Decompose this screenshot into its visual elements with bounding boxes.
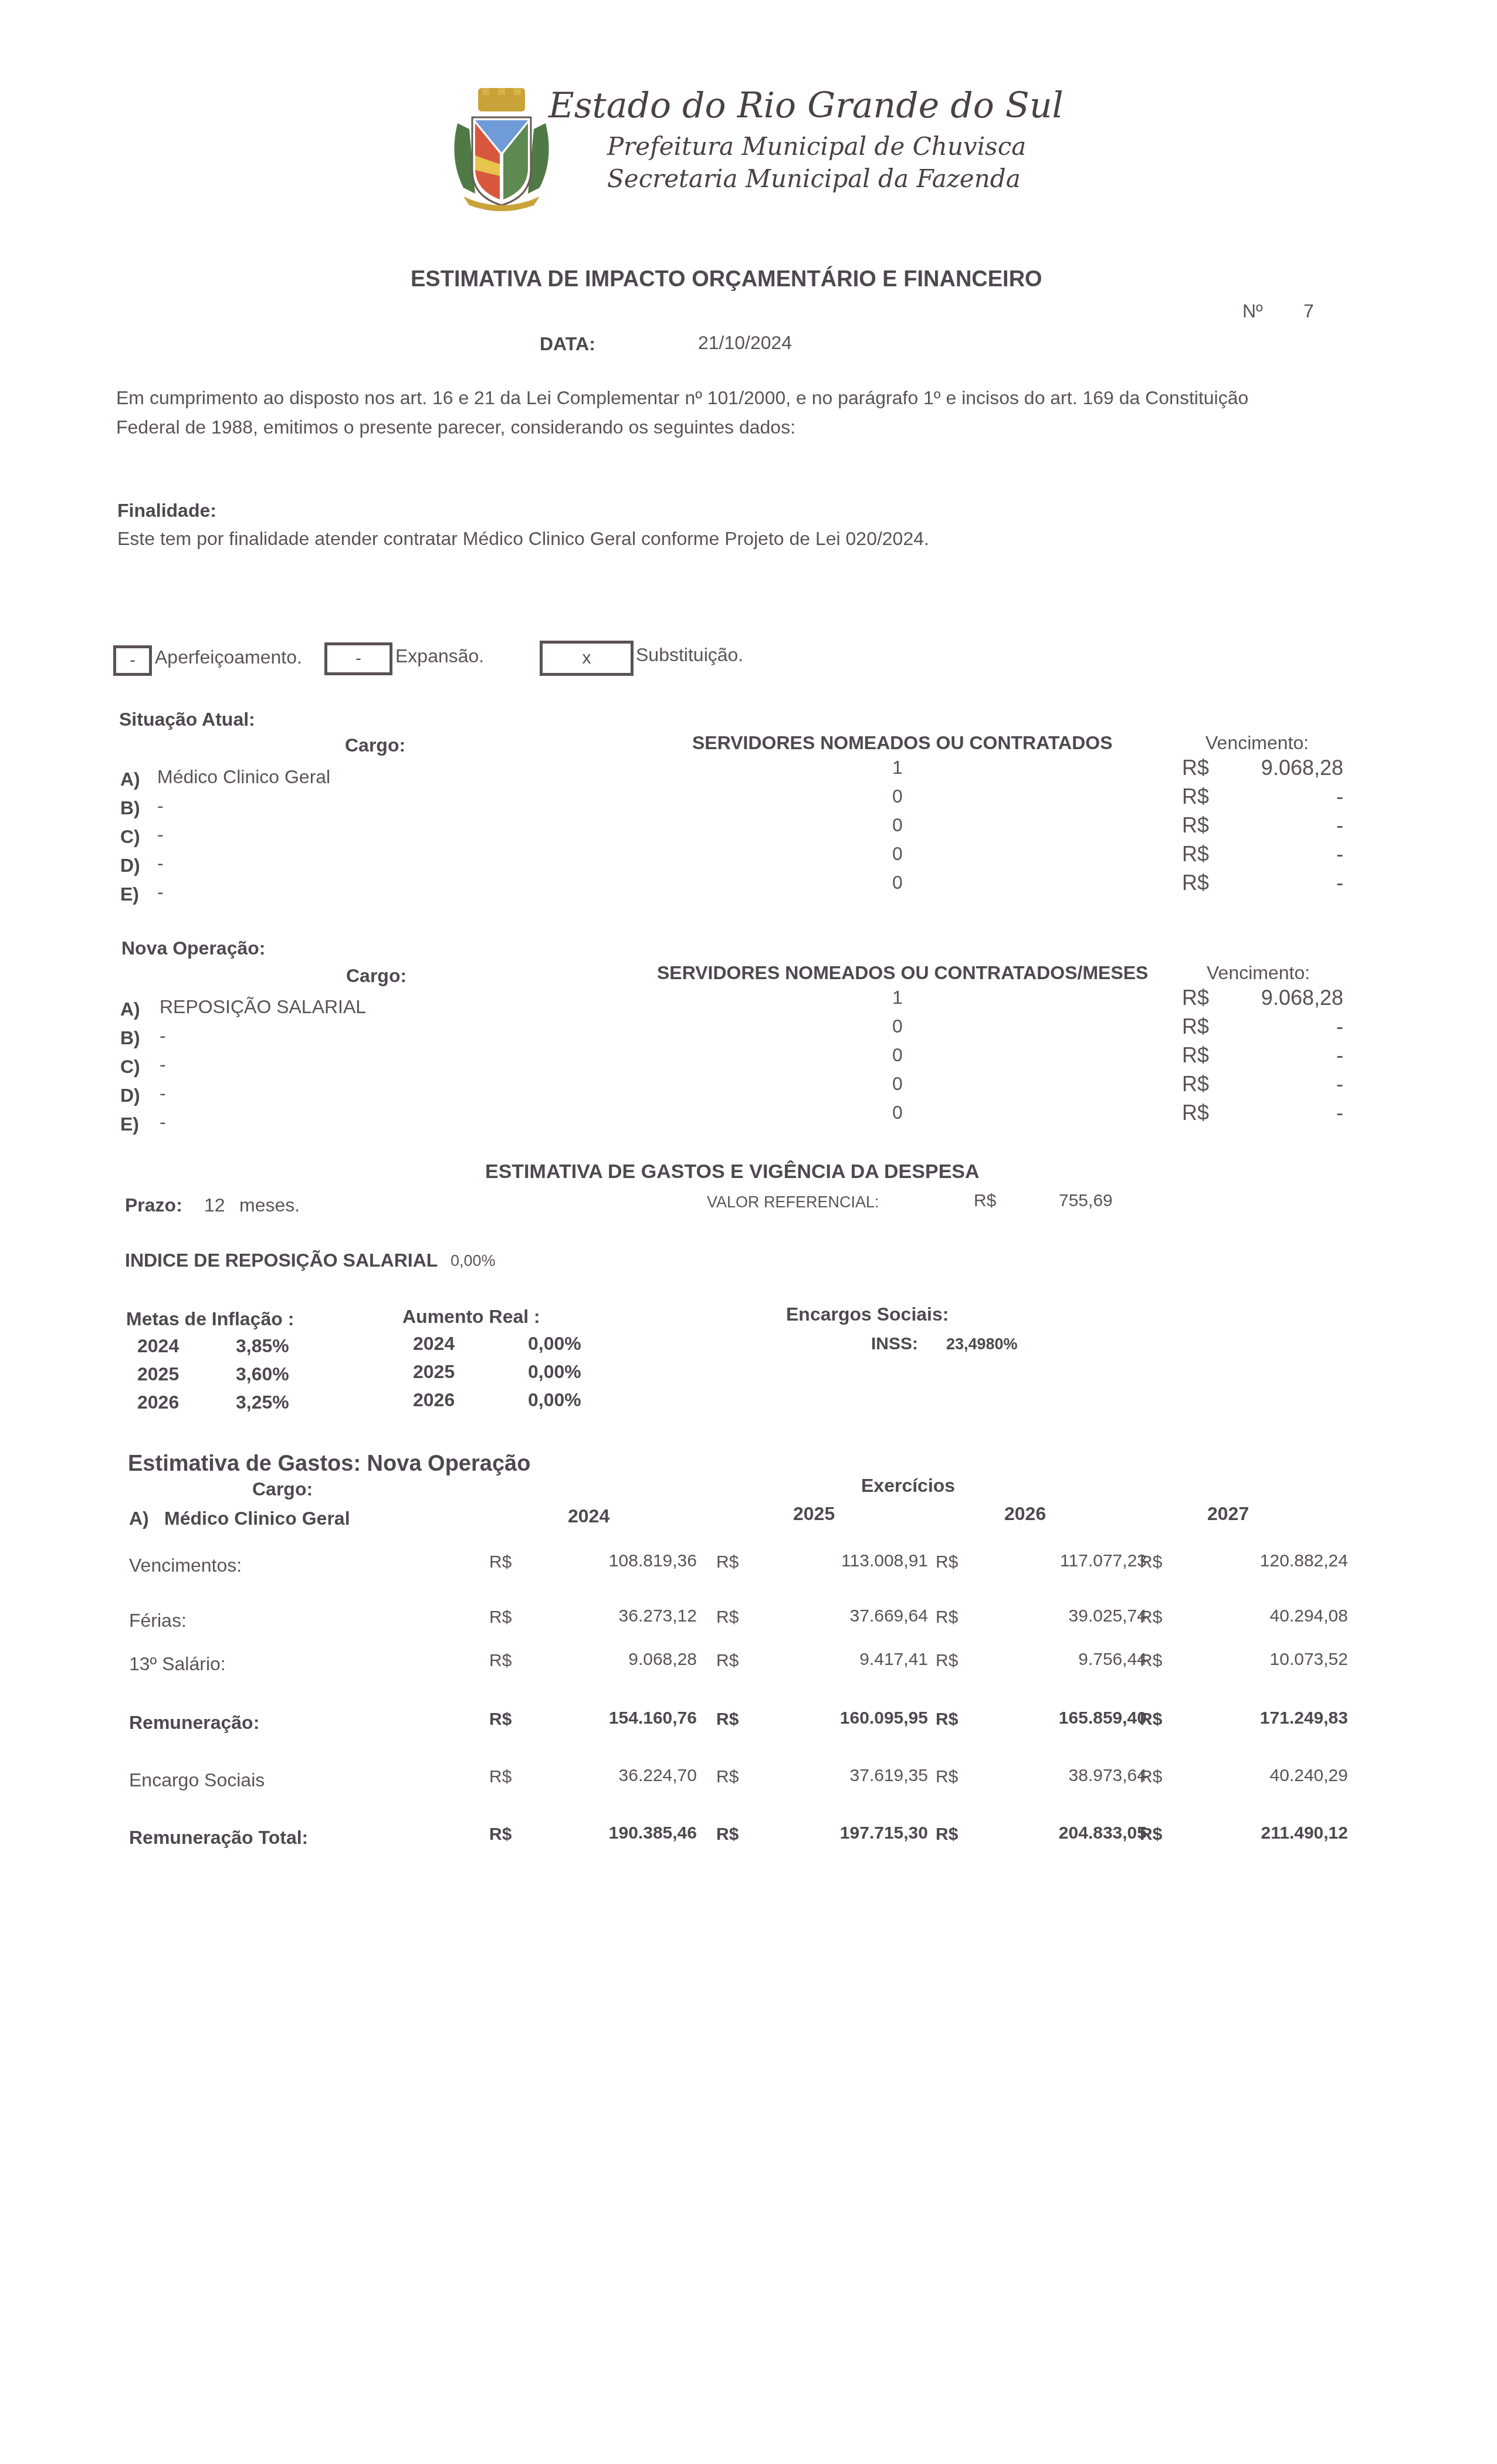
currency-symbol: R$ xyxy=(936,1552,958,1572)
situacao-col-cargo: Cargo: xyxy=(345,735,405,756)
row-letter: C) xyxy=(120,826,140,848)
amount: 36.224,70 xyxy=(544,1766,697,1786)
row-currency: R$ xyxy=(1182,871,1209,895)
row-vencimento: - xyxy=(1238,842,1343,867)
row-currency: R$ xyxy=(1182,842,1209,867)
amount: 113.008,91 xyxy=(775,1551,928,1571)
coat-of-arms-icon xyxy=(446,88,557,211)
checkbox-substituicao[interactable]: x xyxy=(540,641,634,676)
row-vencimento: - xyxy=(1238,871,1343,895)
currency-symbol: R$ xyxy=(936,1767,958,1787)
nova-col-cargo: Cargo: xyxy=(346,965,407,987)
estimativa-cargo-letter: A) xyxy=(129,1508,149,1529)
label-expansao: Expansão. xyxy=(395,645,484,667)
row-letter: E) xyxy=(120,884,139,905)
estimativa-cargo-label: Cargo: xyxy=(252,1478,313,1500)
inss-value: 23,4980% xyxy=(946,1335,1018,1353)
amount: 9.417,41 xyxy=(775,1650,928,1670)
row-currency: R$ xyxy=(1182,1014,1209,1039)
percentage: 3,60% xyxy=(236,1363,289,1385)
currency-symbol: R$ xyxy=(1140,1767,1162,1787)
row-quantidade: 0 xyxy=(880,1073,915,1095)
amount: 36.273,12 xyxy=(544,1606,697,1626)
checkbox-expansao[interactable]: - xyxy=(324,642,392,675)
percentage: 0,00% xyxy=(528,1361,581,1383)
row-cargo: - xyxy=(160,1082,166,1104)
currency-symbol: R$ xyxy=(936,1825,958,1844)
currency-symbol: R$ xyxy=(716,1767,739,1787)
amount: 37.669,64 xyxy=(775,1606,928,1626)
valor-referencial-currency: R$ xyxy=(974,1191,996,1211)
situacao-atual-label: Situação Atual: xyxy=(119,709,255,730)
checkbox-mark: - xyxy=(130,651,136,671)
row-currency: R$ xyxy=(1182,1072,1209,1096)
amount: 117.077,23 xyxy=(994,1551,1147,1571)
currency-symbol: R$ xyxy=(1140,1651,1162,1671)
metas-inflacao-label: Metas de Inflação : xyxy=(126,1308,294,1330)
currency-symbol: R$ xyxy=(489,1767,512,1787)
row-label: 13º Salário: xyxy=(129,1653,226,1675)
checkbox-aperfeicoamento[interactable]: - xyxy=(113,645,152,676)
estimativa-title: Estimativa de Gastos: Nova Operação xyxy=(128,1451,530,1477)
amount: 171.249,83 xyxy=(1195,1708,1348,1728)
intro-line-1: Em cumprimento ao disposto nos art. 16 e… xyxy=(116,387,1248,409)
document-title: ESTIMATIVA DE IMPACTO ORÇAMENTÁRIO E FIN… xyxy=(411,267,1042,292)
currency-symbol: R$ xyxy=(489,1710,512,1729)
currency-symbol: R$ xyxy=(716,1710,739,1729)
row-vencimento: - xyxy=(1238,1014,1343,1039)
row-cargo: - xyxy=(157,795,164,817)
estimativa-cargo-name: Médico Clinico Geral xyxy=(164,1508,350,1529)
row-cargo: - xyxy=(157,881,164,903)
currency-symbol: R$ xyxy=(936,1651,958,1671)
row-quantidade: 0 xyxy=(880,1102,915,1123)
amount: 190.385,46 xyxy=(544,1823,697,1843)
currency-symbol: R$ xyxy=(489,1651,512,1671)
year: 2026 xyxy=(413,1389,455,1411)
row-vencimento: - xyxy=(1238,1101,1343,1125)
inss-label: INSS: xyxy=(871,1334,918,1354)
currency-symbol: R$ xyxy=(489,1825,512,1844)
finalidade-label: Finalidade: xyxy=(117,500,216,522)
amount: 10.073,52 xyxy=(1195,1650,1348,1670)
year-header: 2025 xyxy=(793,1503,835,1525)
row-label: Férias: xyxy=(129,1610,187,1632)
letterhead-prefeitura: Prefeitura Municipal de Chuvisca xyxy=(607,132,1026,161)
prazo-value: 12 xyxy=(204,1194,225,1216)
currency-symbol: R$ xyxy=(716,1552,739,1572)
row-label: Remuneração: xyxy=(129,1712,259,1734)
row-vencimento: - xyxy=(1238,1072,1343,1096)
currency-symbol: R$ xyxy=(716,1825,739,1844)
aumento-real-label: Aumento Real : xyxy=(402,1306,540,1328)
row-quantidade: 1 xyxy=(880,987,915,1008)
amount: 40.240,29 xyxy=(1195,1766,1348,1786)
finalidade-text: Este tem por finalidade atender contrata… xyxy=(117,528,929,550)
amount: 38.973,64 xyxy=(994,1766,1147,1786)
row-vencimento: - xyxy=(1238,784,1343,809)
row-vencimento: 9.068,28 xyxy=(1238,756,1343,780)
amount: 39.025,74 xyxy=(994,1606,1147,1626)
row-currency: R$ xyxy=(1182,1101,1209,1125)
currency-symbol: R$ xyxy=(489,1552,512,1572)
row-letter: D) xyxy=(120,1085,140,1106)
row-letter: A) xyxy=(120,999,140,1020)
row-quantidade: 0 xyxy=(880,1044,915,1066)
amount: 9.756,44 xyxy=(994,1650,1147,1670)
row-cargo: - xyxy=(160,1111,166,1133)
row-quantidade: 0 xyxy=(880,814,915,836)
row-letter: B) xyxy=(120,1027,140,1049)
row-vencimento: 9.068,28 xyxy=(1238,986,1343,1010)
row-letter: B) xyxy=(120,797,140,819)
percentage: 0,00% xyxy=(528,1389,581,1411)
currency-symbol: R$ xyxy=(489,1607,512,1627)
checkbox-mark: - xyxy=(355,649,361,669)
row-quantidade: 0 xyxy=(880,872,915,893)
vigencia-title: ESTIMATIVA DE GASTOS E VIGÊNCIA DA DESPE… xyxy=(485,1160,980,1183)
row-quantidade: 0 xyxy=(880,1016,915,1037)
amount: 211.490,12 xyxy=(1195,1823,1348,1843)
year-header: 2026 xyxy=(1004,1503,1046,1525)
nova-operacao-label: Nova Operação: xyxy=(121,937,265,959)
row-letter: C) xyxy=(120,1056,140,1078)
valor-referencial-label: VALOR REFERENCIAL: xyxy=(707,1193,879,1211)
row-currency: R$ xyxy=(1182,986,1209,1010)
encargos-sociais-label: Encargos Sociais: xyxy=(786,1304,949,1325)
year-header: 2024 xyxy=(568,1505,609,1527)
year-header: 2027 xyxy=(1207,1503,1249,1525)
row-cargo: Médico Clinico Geral xyxy=(157,766,330,788)
year: 2025 xyxy=(413,1361,455,1383)
number-label: Nº xyxy=(1242,300,1263,322)
row-vencimento: - xyxy=(1238,813,1343,838)
letterhead-secretaria: Secretaria Municipal da Fazenda xyxy=(607,164,1021,193)
number-value: 7 xyxy=(1303,300,1314,322)
nova-col-servidores: SERVIDORES NOMEADOS OU CONTRATADOS/MESES xyxy=(657,962,1148,984)
year: 2024 xyxy=(413,1333,455,1355)
year: 2026 xyxy=(137,1392,179,1413)
checkbox-mark: x xyxy=(582,648,591,668)
row-cargo: - xyxy=(160,1054,166,1075)
row-label: Encargo Sociais xyxy=(129,1769,265,1791)
row-quantidade: 0 xyxy=(880,843,915,865)
row-cargo: - xyxy=(160,1025,166,1047)
percentage: 0,00% xyxy=(528,1333,581,1355)
currency-symbol: R$ xyxy=(716,1607,739,1627)
row-letter: E) xyxy=(120,1113,139,1135)
currency-symbol: R$ xyxy=(1140,1552,1162,1572)
situacao-col-vencimento: Vencimento: xyxy=(1205,732,1309,754)
row-letter: D) xyxy=(120,855,140,876)
nova-col-vencimento: Vencimento: xyxy=(1207,962,1310,984)
date-label: DATA: xyxy=(540,333,595,355)
currency-symbol: R$ xyxy=(1140,1710,1162,1729)
row-currency: R$ xyxy=(1182,813,1209,838)
intro-line-2: Federal de 1988, emitimos o presente par… xyxy=(116,417,795,438)
amount: 160.095,95 xyxy=(775,1708,928,1728)
currency-symbol: R$ xyxy=(936,1710,958,1729)
label-substituicao: Substituição. xyxy=(636,644,743,666)
row-label: Vencimentos: xyxy=(129,1555,242,1576)
prazo-unit: meses. xyxy=(239,1194,300,1216)
indice-label: INDICE DE REPOSIÇÃO SALARIAL xyxy=(125,1250,438,1271)
amount: 108.819,36 xyxy=(544,1551,697,1571)
amount: 165.859,40 xyxy=(994,1708,1147,1728)
amount: 197.715,30 xyxy=(775,1823,928,1843)
percentage: 3,25% xyxy=(236,1392,289,1413)
percentage: 3,85% xyxy=(236,1335,289,1357)
amount: 37.619,35 xyxy=(775,1766,928,1786)
date-value: 21/10/2024 xyxy=(698,332,792,354)
row-quantidade: 1 xyxy=(880,757,915,779)
year: 2025 xyxy=(137,1363,179,1385)
exercicios-label: Exercícios xyxy=(861,1475,955,1497)
amount: 9.068,28 xyxy=(544,1650,697,1670)
currency-symbol: R$ xyxy=(1140,1825,1162,1844)
row-cargo: REPOSIÇÃO SALARIAL xyxy=(160,996,366,1018)
indice-value: 0,00% xyxy=(451,1252,496,1270)
row-vencimento: - xyxy=(1238,1043,1343,1068)
situacao-col-servidores: SERVIDORES NOMEADOS OU CONTRATADOS xyxy=(692,732,1113,754)
row-label: Remuneração Total: xyxy=(129,1827,308,1849)
currency-symbol: R$ xyxy=(936,1607,958,1627)
amount: 204.833,05 xyxy=(994,1823,1147,1843)
amount: 120.882,24 xyxy=(1195,1551,1348,1571)
row-cargo: - xyxy=(157,852,164,874)
amount: 40.294,08 xyxy=(1195,1606,1348,1626)
currency-symbol: R$ xyxy=(1140,1607,1162,1627)
valor-referencial-value: 755,69 xyxy=(1059,1191,1113,1211)
year: 2024 xyxy=(137,1335,179,1357)
row-cargo: - xyxy=(157,824,164,845)
currency-symbol: R$ xyxy=(716,1651,739,1671)
label-aperfeicoamento: Aperfeiçoamento. xyxy=(155,647,302,668)
row-currency: R$ xyxy=(1182,784,1209,809)
row-currency: R$ xyxy=(1182,1043,1209,1068)
letterhead-state: Estado do Rio Grande do Sul xyxy=(548,85,1064,126)
row-quantidade: 0 xyxy=(880,786,915,807)
amount: 154.160,76 xyxy=(544,1708,697,1728)
row-currency: R$ xyxy=(1182,756,1209,780)
row-letter: A) xyxy=(120,769,140,790)
prazo-label: Prazo: xyxy=(125,1194,182,1216)
